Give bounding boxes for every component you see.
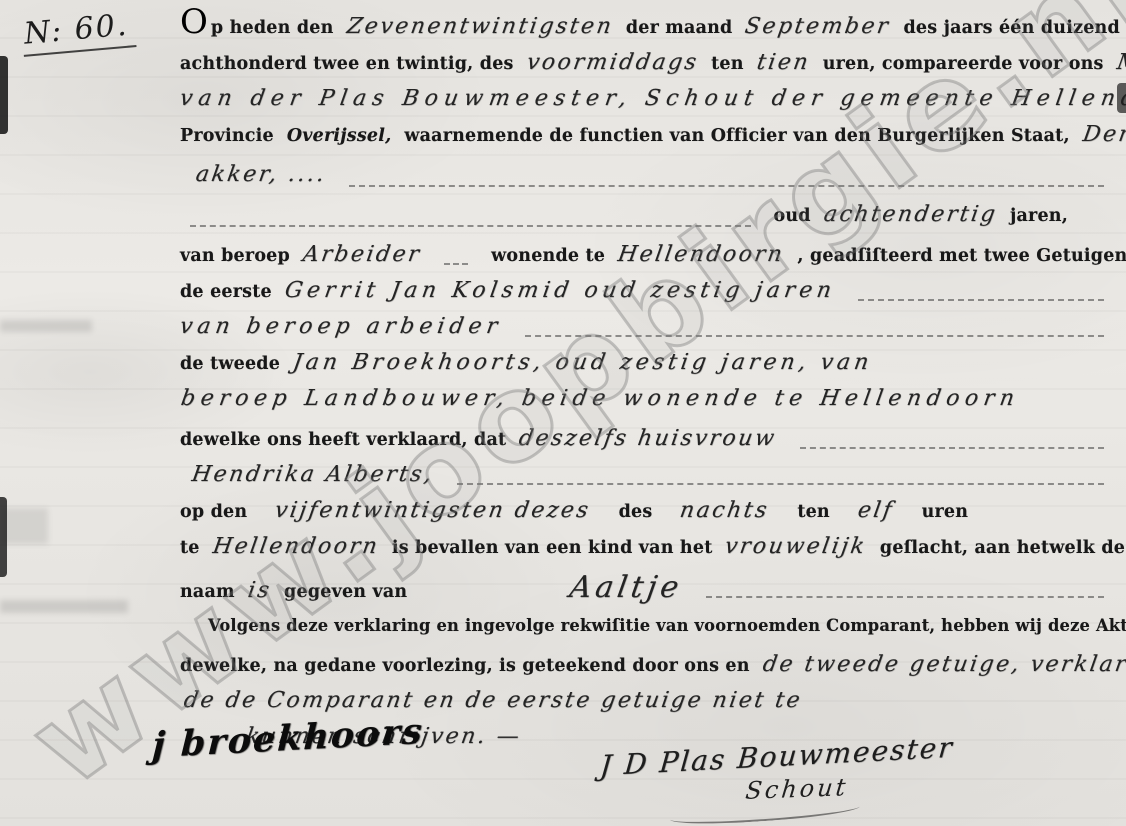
scan-edge-artifact: [0, 56, 8, 134]
document-line: Volgens deze verklaring en ingevolge rek…: [180, 616, 1114, 652]
printed-text: p heden den: [211, 18, 334, 38]
handwritten-text: akker, ....: [194, 162, 328, 187]
printed-text: ten: [797, 502, 830, 522]
handwritten-text: van beroep arbeider: [178, 314, 504, 339]
handwritten-text: vijfentwintigsten dezes: [273, 498, 592, 523]
printed-text: geſlacht, aan hetwelk de voor-: [880, 538, 1126, 558]
dash-filler: [349, 185, 1104, 187]
printed-text: is bevallen van een kind van het: [392, 538, 713, 558]
handwritten-text: Jan Broekhoorts, oud zestig jaren, van: [291, 350, 874, 375]
printed-text: de tweede: [180, 354, 280, 374]
dash-filler: [190, 225, 751, 227]
handwritten-text: tien: [755, 50, 812, 75]
scan-edge-artifact: [0, 497, 7, 577]
document-line: dewelke, na gedane voorlezing, is geteek…: [180, 652, 1114, 688]
printed-text: de eerste: [180, 282, 272, 302]
scan-edge-artifact: [1117, 83, 1126, 113]
printed-text: oud: [774, 206, 811, 226]
printed-text: waarnemende de functien van Officier van…: [404, 126, 1069, 146]
handwritten-text: van der Plas Bouwmeester, Schout der gem…: [178, 86, 1126, 111]
handwritten-text: Hellendoorn: [211, 534, 381, 559]
handwritten-text: deszelfs huisvrouw: [517, 426, 778, 451]
printed-text: O: [180, 12, 208, 32]
dash-filler: [444, 263, 468, 265]
printed-text: te: [180, 538, 200, 558]
document-line: akker, ....: [196, 162, 1114, 202]
printed-text: op den: [180, 502, 247, 522]
document-line: ProvincieOverijssel,waarnemende de funct…: [180, 122, 1114, 162]
ink-smudge: [0, 600, 128, 613]
printed-text: uren: [922, 502, 969, 522]
document-line: achthonderd twee en twintig, desvoormidd…: [180, 50, 1114, 86]
printed-text: Provincie: [180, 126, 274, 146]
handwritten-text: Arbeider: [301, 242, 423, 267]
handwritten-text: Gerrit Jan Kolsmid oud zestig jaren: [283, 278, 837, 303]
handwritten-text: Zevenentwintigsten: [345, 14, 615, 39]
handwritten-text: achtendertig: [822, 202, 999, 227]
printed-text: Volgens deze verklaring en ingevolge rek…: [208, 616, 1126, 635]
document-line: dewelke ons heeft verklaard, datdeszelfs…: [180, 426, 1114, 462]
printed-text: van beroep: [180, 246, 290, 266]
printed-text: des: [619, 502, 653, 522]
handwritten-text: Hendrika Alberts,: [190, 462, 436, 487]
handwritten-text: de tweede getuige, verklaren-: [761, 652, 1126, 677]
printed-text: dewelke, na gedane voorlezing, is geteek…: [180, 656, 750, 676]
document-line: teHellendoornis bevallen van een kind va…: [180, 534, 1114, 570]
printed-text: , geadſiſteerd met twee Getuigen,: [797, 246, 1126, 266]
handwritten-text: vrouwelijk: [724, 534, 869, 559]
printed-text: dewelke ons heeft verklaard, dat: [180, 430, 506, 450]
printed-text: achthonderd twee en twintig, des: [180, 54, 514, 74]
printed-text: naam: [180, 582, 235, 602]
document-body: Op heden denZevenentwintigstender maandS…: [180, 12, 1114, 760]
ink-smudge: [2, 508, 48, 544]
printed-text: gegeven van: [284, 582, 407, 602]
handwritten-text: September: [743, 14, 892, 39]
document-line: van der Plas Bouwmeester, Schout der gem…: [180, 86, 1114, 122]
dash-filler: [706, 596, 1104, 598]
printed-text: des jaars één duizend: [903, 18, 1119, 38]
handwritten-text: Aaltje: [568, 570, 686, 605]
handwritten-text: voormiddags: [525, 50, 700, 75]
document-line: Op heden denZevenentwintigstender maandS…: [180, 12, 1114, 50]
printed-text: wonende te: [491, 246, 605, 266]
printed-text: uren, compareerde voor ons: [823, 54, 1104, 74]
document-line: van beroep arbeider: [180, 314, 1114, 350]
printed-text: jaren,: [1010, 206, 1068, 226]
handwritten-text: de de Comparant en de eerste getuige nie…: [182, 688, 804, 713]
document-line: op denvijfentwintigsten dezesdesnachtste…: [180, 498, 1114, 534]
dash-filler: [800, 447, 1104, 449]
document-line: van beroepArbeiderwonende teHellendoorn,…: [180, 242, 1114, 278]
official-signature: J D Plas Bouwmeester Schout: [600, 740, 954, 821]
document-line: beroep Landbouwer, beide wonende te Hell…: [180, 386, 1114, 426]
dash-filler: [457, 483, 1104, 485]
handwritten-text: elf: [856, 498, 896, 523]
document-line: naamisgegeven vanAaltje: [180, 570, 1114, 616]
document-line: oudachtendertigjaren,: [180, 202, 1114, 242]
handwritten-text: beroep Landbouwer, beide wonende te Hell…: [177, 386, 1022, 426]
document-line: de tweedeJan Broekhoorts, oud zestig jar…: [180, 350, 1114, 386]
handwritten-text: Hellendoorn: [616, 242, 786, 267]
document-line: Hendrika Alberts,: [192, 462, 1114, 498]
dash-filler: [525, 335, 1104, 337]
printed-text: der maand: [626, 18, 733, 38]
printed-text: ten: [711, 54, 744, 74]
handwritten-text: is: [246, 578, 273, 603]
document-line: de eersteGerrit Jan Kolsmid oud zestig j…: [180, 278, 1114, 314]
handwritten-text: nachts: [678, 498, 771, 523]
ink-smudge: [0, 320, 92, 332]
handwritten-text: Derk Poel-: [1081, 122, 1126, 147]
dash-filler: [858, 299, 1104, 301]
printed-text: Overijssel,: [287, 126, 392, 146]
